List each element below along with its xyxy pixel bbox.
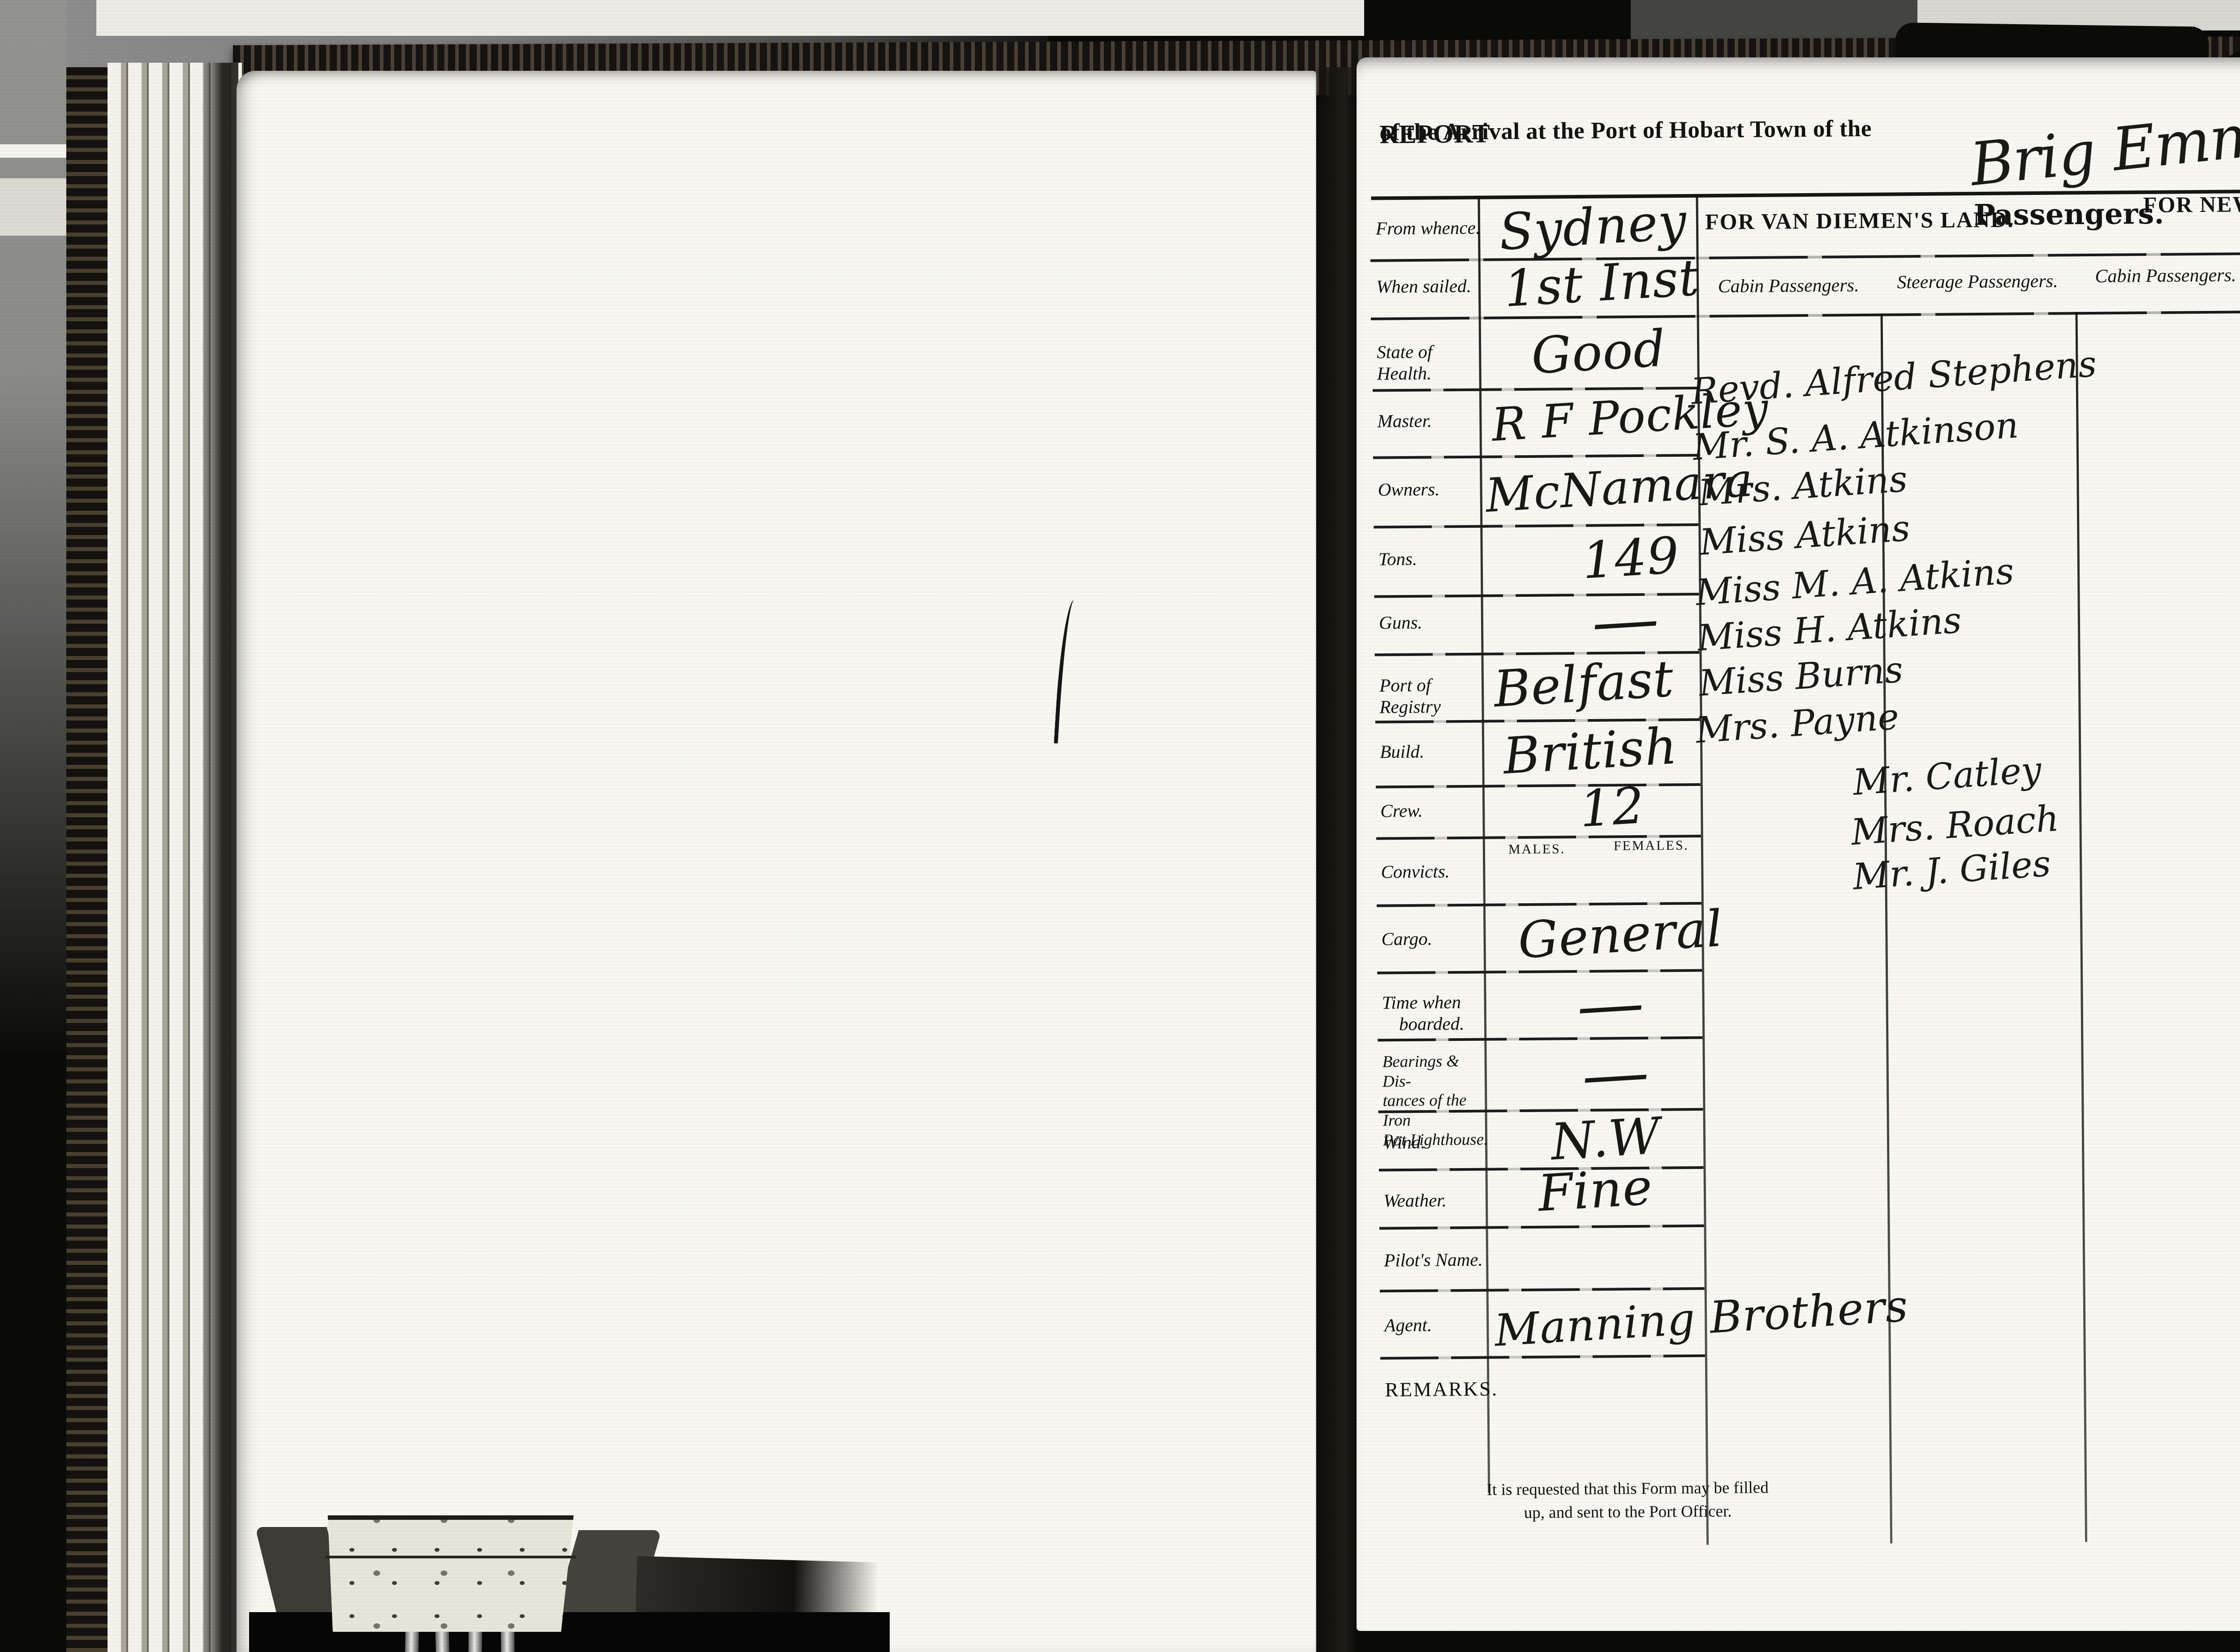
row-rule [1376, 783, 1701, 789]
footer-instruction-line2: up, and sent to the Port Officer. [1446, 1499, 1809, 1525]
label-owners: Owners. [1378, 478, 1483, 500]
value-state-of-health: Good [1530, 319, 1667, 386]
header-rule [1371, 309, 2240, 320]
label-cargo: Cargo. [1381, 927, 1486, 950]
scanner-white-band-left [0, 178, 66, 236]
label-convicts: Convicts. [1381, 860, 1486, 883]
scanner-gray-patch [1631, 0, 1922, 39]
row-rule [1380, 1354, 1705, 1360]
row-rule [1377, 969, 1702, 975]
label-port-of-registry: Port of Registry [1379, 674, 1485, 718]
value-cargo: General [1516, 900, 1724, 970]
value-guns: — [1590, 579, 1662, 661]
scanner-white-strip-left [0, 144, 66, 158]
value-agent: Manning Brothers [1493, 1281, 1910, 1356]
book-binding-left [66, 67, 108, 1652]
label-line: Bearings & Dis- [1382, 1052, 1488, 1091]
rule-vdl-nsw [2076, 312, 2088, 1542]
passenger-vdl-cabin: Mrs. Payne [1694, 696, 1900, 751]
value-build: British [1502, 717, 1679, 785]
row-rule [1378, 1036, 1702, 1042]
label-guns: Guns. [1379, 611, 1484, 634]
book-gutter [1315, 67, 1357, 1652]
label-crew: Crew. [1380, 799, 1486, 822]
value-bearings-iron-pot: — [1580, 1033, 1652, 1115]
footer-instruction: It is requested that this Form may be fi… [1446, 1476, 1809, 1525]
heading-passengers: Passengers. [1974, 198, 2113, 232]
label-line: Time when [1382, 991, 1487, 1014]
ship-name-date-handwritten: Brig Emma 7th Sept 51 [1967, 60, 2240, 199]
label-tons: Tons. [1378, 548, 1484, 570]
label-wind: Wind. [1383, 1131, 1488, 1153]
label-pilots-name: Pilot's Name. [1384, 1249, 1489, 1271]
report-form: REPORT of the Arrival at the Port of Hob… [1354, 51, 2240, 1634]
row-rule [1379, 1225, 1704, 1230]
label-state-of-health: State of Health. [1377, 341, 1482, 385]
footer-instruction-line1: It is requested that this Form may be fi… [1446, 1476, 1809, 1502]
binding-clamp-seam [325, 1556, 576, 1558]
label-from-whence: From whence. [1376, 217, 1481, 239]
label-agent: Agent. [1384, 1314, 1490, 1336]
value-crew: 12 [1578, 776, 1646, 838]
value-when-sailed: 1st Inst [1502, 249, 1701, 319]
archival-scan-scene: REPORT of the Arrival at the Port of Hob… [0, 0, 2240, 1652]
subheader-males: MALES. [1508, 841, 1565, 857]
subheader-females: FEMALES. [1614, 838, 1689, 854]
column-header-vdl-cabin: Cabin Passengers. [1694, 275, 1882, 298]
column-header-nsw-cabin: Cabin Passengers. [2072, 264, 2240, 287]
heading-new-south-wales: FOR NEW SOUTH WALES. [2094, 189, 2240, 218]
label-master: Master. [1377, 410, 1482, 432]
binding-clamp-block [325, 1515, 576, 1632]
scanner-gray-left-edge [0, 0, 66, 1053]
report-title-rest: of the Arrival at the Port of Hobart Tow… [1379, 115, 1872, 146]
passenger-vdl-steerage: Mr. Catley [1852, 749, 2043, 803]
label-when-sailed: When sailed. [1376, 275, 1482, 298]
passenger-vdl-cabin: Miss Atkins [1698, 507, 1911, 563]
value-weather: Fine [1536, 1158, 1654, 1223]
column-header-vdl-steerage: Steerage Passengers. [1883, 270, 2072, 293]
scanner-white-strip-top [96, 0, 1364, 36]
label-weather: Weather. [1383, 1189, 1489, 1212]
left-blank-page [237, 71, 1316, 1652]
report-form-page: REPORT of the Arrival at the Port of Hob… [1357, 57, 2240, 1631]
label-line: boarded. [1382, 1013, 1487, 1035]
passenger-vdl-cabin: Revd. Alfred Stephens [1690, 343, 2098, 412]
page-edge-shadow [202, 63, 238, 1652]
label-build: Build. [1380, 740, 1485, 763]
label-time-when-boarded: Time when boarded. [1382, 991, 1487, 1035]
value-port-of-registry: Belfast [1492, 650, 1675, 719]
value-time-when-boarded: — [1575, 963, 1647, 1045]
label-remarks: REMARKS. [1385, 1377, 1490, 1402]
label-line: tances of the Iron [1383, 1091, 1488, 1130]
row-rule [1380, 1287, 1705, 1293]
